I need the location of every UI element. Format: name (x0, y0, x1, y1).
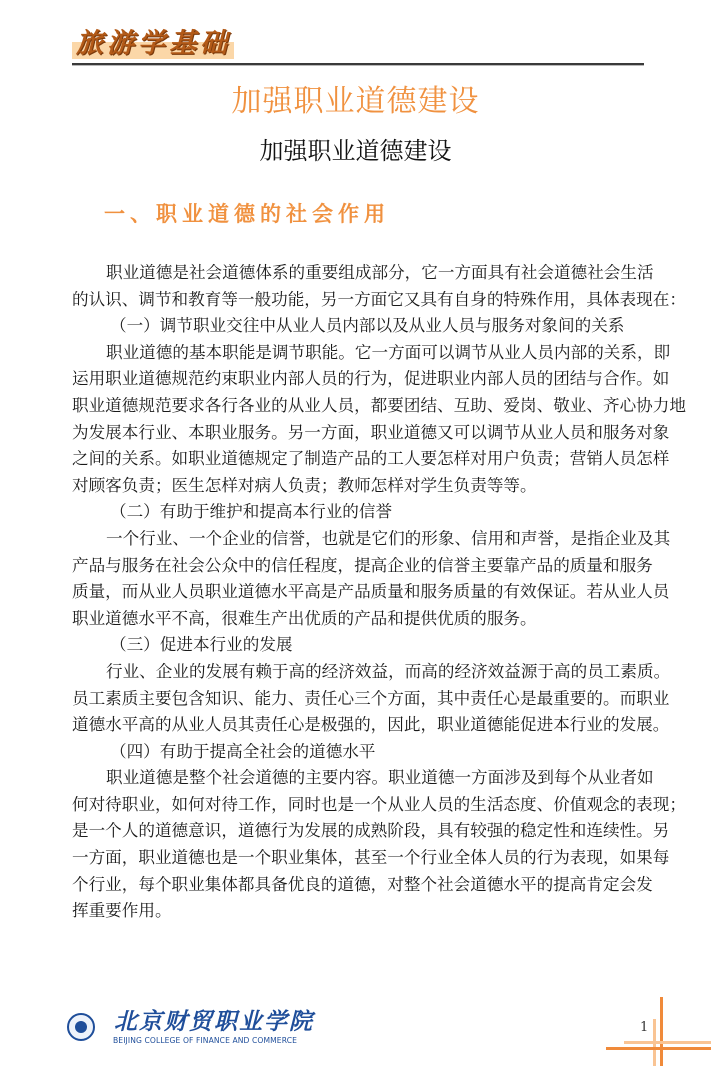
subheading: （四）有助于提高全社会的道德水平 (72, 739, 652, 766)
paragraph-line: 职业道德的基本职能是调节职能。它一方面可以调节从业人员内部的关系，即 (72, 340, 652, 367)
subheading: （一）调节职业交往中从业人员内部以及从业人员与服务对象间的关系 (72, 313, 652, 340)
header-divider (72, 63, 644, 65)
paragraph-line: 何对待职业，如何对待工作，同时也是一个从业人员的生活态度、价值观念的表现； (72, 792, 652, 819)
paragraph-line: 产品与服务在社会公众中的信任程度，提高企业的信誉主要靠产品的质量和服务 (72, 553, 652, 580)
college-name-cn: 北京财贸职业学院 (114, 1008, 314, 1036)
paragraph-line: 的认识、调节和教育等一般功能，另一方面它又具有自身的特殊作用，具体表现在： (72, 287, 652, 314)
corner-decoration-line (624, 1041, 711, 1044)
paragraph-line: 道德水平高的从业人员其责任心是极强的，因此，职业道德能促进本行业的发展。 (72, 712, 652, 739)
paragraph-line: 职业道德是社会道德体系的重要组成部分，它一方面具有社会道德社会生活 (72, 260, 652, 287)
paragraph-line: 是一个人的道德意识，道德行为发展的成熟阶段，具有较强的稳定性和连续性。另 (72, 818, 652, 845)
subheading: （二）有助于维护和提高本行业的信誉 (72, 499, 652, 526)
paragraph-line: 为发展本行业、本职业服务。另一方面，职业道德又可以调节从业人员和服务对象 (72, 420, 652, 447)
brand-title: 旅游学基础 (76, 28, 231, 60)
paragraph-line: 职业道德水平不高，很难生产出优质的产品和提供优质的服务。 (72, 606, 652, 633)
section-heading: 一、职业道德的社会作用 (104, 197, 390, 231)
paragraph-line: 运用职业道德规范约束职业内部人员的行为，促进职业内部人员的团结与合作。如 (72, 366, 652, 393)
paragraph-line: 员工素质主要包含知识、能力、责任心三个方面，其中责任心是最重要的。而职业 (72, 686, 652, 713)
paragraph-line: 行业、企业的发展有赖于高的经济效益，而高的经济效益源于高的员工素质。 (72, 659, 652, 686)
page-number: 1 (640, 1020, 648, 1036)
paragraph-line: 质量，而从业人员职业道德水平高是产品质量和服务质量的有效保证。若从业人员 (72, 579, 652, 606)
corner-decoration-line (606, 1047, 711, 1050)
paragraph-line: 职业道德规范要求各行各业的从业人员，都要团结、互助、爱岗、敬业、齐心协力地 (72, 393, 652, 420)
corner-decoration-line (660, 997, 663, 1066)
college-name-en: BEIJING COLLEGE OF FINANCE AND COMMERCE (113, 1036, 297, 1046)
paragraph-line: 个行业，每个职业集体都具备优良的道德，对整个社会道德水平的提高肯定会发 (72, 872, 652, 899)
college-emblem-icon (67, 1013, 95, 1041)
page-subtitle: 加强职业道德建设 (0, 134, 711, 168)
subheading: （三）促进本行业的发展 (72, 632, 652, 659)
paragraph-line: 职业道德是整个社会道德的主要内容。职业道德一方面涉及到每个从业者如 (72, 765, 652, 792)
paragraph-line: 对顾客负责；医生怎样对病人负责；教师怎样对学生负责等等。 (72, 473, 652, 500)
article-body: 职业道德是社会道德体系的重要组成部分，它一方面具有社会道德社会生活 的认识、调节… (72, 260, 652, 925)
header-brand: 旅游学基础 (72, 28, 234, 59)
paragraph-line: 挥重要作用。 (72, 898, 652, 925)
page-title: 加强职业道德建设 (0, 82, 711, 122)
paragraph-line: 一个行业、一个企业的信誉，也就是它们的形象、信用和声誉，是指企业及其 (72, 526, 652, 553)
paragraph-line: 一方面，职业道德也是一个职业集体，甚至一个行业全体人员的行为表现，如果每 (72, 845, 652, 872)
paragraph-line: 之间的关系。如职业道德规定了制造产品的工人要怎样对用户负责；营销人员怎样 (72, 446, 652, 473)
